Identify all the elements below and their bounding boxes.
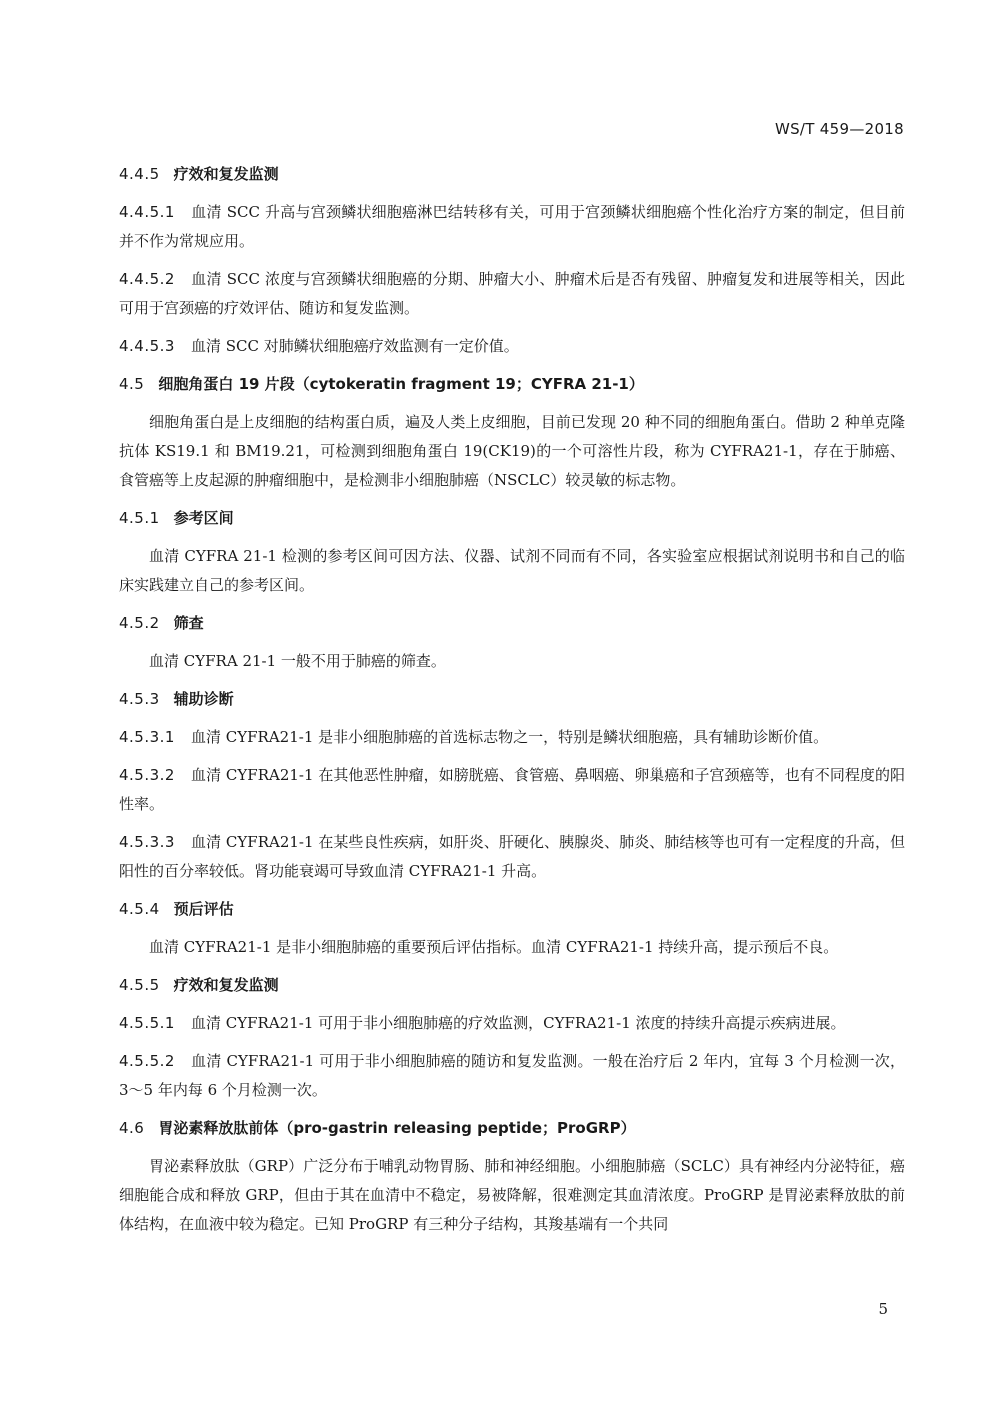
section-number: 4.5.2	[119, 614, 160, 632]
page-number: 5	[878, 1300, 888, 1318]
section-heading: 4.5.1参考区间	[119, 504, 905, 533]
clause: 4.4.5.3血清 SCC 对肺鳞状细胞癌疗效监测有一定价值。	[119, 332, 905, 361]
clause: 4.5.5.2血清 CYFRA21-1 可用于非小细胞肺癌的随访和复发监测。一般…	[119, 1047, 905, 1105]
section-number: 4.4.5	[119, 165, 160, 183]
clause-number: 4.5.3.3	[119, 833, 175, 851]
clause-text: 血清 SCC 浓度与宫颈鳞状细胞癌的分期、肿瘤大小、肿瘤术后是否有残留、肿瘤复发…	[119, 270, 905, 317]
paragraph: 血清 CYFRA 21-1 一般不用于肺癌的筛查。	[119, 647, 905, 676]
document-page: WS/T 459—2018 4.4.5疗效和复发监测4.4.5.1血清 SCC …	[0, 0, 1000, 1414]
section-title: 筛查	[174, 614, 204, 632]
paragraph: 细胞角蛋白是上皮细胞的结构蛋白质，遍及人类上皮细胞，目前已发现 20 种不同的细…	[119, 408, 905, 495]
clause: 4.4.5.1血清 SCC 升高与宫颈鳞状细胞癌淋巴结转移有关，可用于宫颈鳞状细…	[119, 198, 905, 256]
section-title: 疗效和复发监测	[174, 976, 279, 994]
clause-number: 4.5.3.1	[119, 728, 175, 746]
section-number: 4.6	[119, 1119, 144, 1137]
clause: 4.5.3.2血清 CYFRA21-1 在其他恶性肿瘤，如膀胱癌、食管癌、鼻咽癌…	[119, 761, 905, 819]
document-body: 4.4.5疗效和复发监测4.4.5.1血清 SCC 升高与宫颈鳞状细胞癌淋巴结转…	[119, 160, 905, 1248]
section-title: 疗效和复发监测	[174, 165, 279, 183]
clause-text: 血清 SCC 升高与宫颈鳞状细胞癌淋巴结转移有关，可用于宫颈鳞状细胞癌个性化治疗…	[119, 203, 905, 250]
clause: 4.5.3.1血清 CYFRA21-1 是非小细胞肺癌的首选标志物之一，特别是鳞…	[119, 723, 905, 752]
section-heading: 4.5.2筛查	[119, 609, 905, 638]
section-heading: 4.5.3辅助诊断	[119, 685, 905, 714]
clause-text: 血清 CYFRA21-1 可用于非小细胞肺癌的随访和复发监测。一般在治疗后 2 …	[119, 1052, 905, 1099]
section-heading: 4.4.5疗效和复发监测	[119, 160, 905, 189]
section-number: 4.5.3	[119, 690, 160, 708]
section-title: 参考区间	[174, 509, 234, 527]
clause-number: 4.5.5.2	[119, 1052, 175, 1070]
clause-number: 4.5.5.1	[119, 1014, 175, 1032]
clause-text: 血清 CYFRA21-1 可用于非小细胞肺癌的疗效监测，CYFRA21-1 浓度…	[191, 1014, 846, 1032]
paragraph: 血清 CYFRA21-1 是非小细胞肺癌的重要预后评估指标。血清 CYFRA21…	[119, 933, 905, 962]
clause: 4.5.5.1血清 CYFRA21-1 可用于非小细胞肺癌的疗效监测，CYFRA…	[119, 1009, 905, 1038]
clause-text: 血清 CYFRA21-1 在其他恶性肿瘤，如膀胱癌、食管癌、鼻咽癌、卵巢癌和子宫…	[119, 766, 905, 813]
standard-code: WS/T 459—2018	[775, 120, 904, 138]
section-title: 胃泌素释放肽前体（pro-gastrin releasing peptide；P…	[158, 1119, 635, 1137]
section-heading: 4.5.4预后评估	[119, 895, 905, 924]
section-number: 4.5	[119, 375, 144, 393]
section-title: 预后评估	[174, 900, 234, 918]
section-title: 辅助诊断	[174, 690, 234, 708]
section-title: 细胞角蛋白 19 片段（cytokeratin fragment 19；CYFR…	[158, 375, 644, 393]
clause-text: 血清 CYFRA21-1 在某些良性疾病，如肝炎、肝硬化、胰腺炎、肺炎、肺结核等…	[119, 833, 905, 880]
section-number: 4.5.5	[119, 976, 160, 994]
paragraph: 血清 CYFRA 21-1 检测的参考区间可因方法、仪器、试剂不同而有不同，各实…	[119, 542, 905, 600]
clause-number: 4.4.5.1	[119, 203, 175, 221]
section-number: 4.5.1	[119, 509, 160, 527]
section-heading: 4.5.5疗效和复发监测	[119, 971, 905, 1000]
clause: 4.4.5.2血清 SCC 浓度与宫颈鳞状细胞癌的分期、肿瘤大小、肿瘤术后是否有…	[119, 265, 905, 323]
clause-number: 4.5.3.2	[119, 766, 175, 784]
section-heading: 4.6胃泌素释放肽前体（pro-gastrin releasing peptid…	[119, 1114, 905, 1143]
section-number: 4.5.4	[119, 900, 160, 918]
clause-number: 4.4.5.2	[119, 270, 175, 288]
clause-text: 血清 CYFRA21-1 是非小细胞肺癌的首选标志物之一，特别是鳞状细胞癌，具有…	[191, 728, 828, 746]
clause: 4.5.3.3血清 CYFRA21-1 在某些良性疾病，如肝炎、肝硬化、胰腺炎、…	[119, 828, 905, 886]
clause-text: 血清 SCC 对肺鳞状细胞癌疗效监测有一定价值。	[191, 337, 519, 355]
clause-number: 4.4.5.3	[119, 337, 175, 355]
section-heading: 4.5细胞角蛋白 19 片段（cytokeratin fragment 19；C…	[119, 370, 905, 399]
paragraph: 胃泌素释放肽（GRP）广泛分布于哺乳动物胃肠、肺和神经细胞。小细胞肺癌（SCLC…	[119, 1152, 905, 1239]
